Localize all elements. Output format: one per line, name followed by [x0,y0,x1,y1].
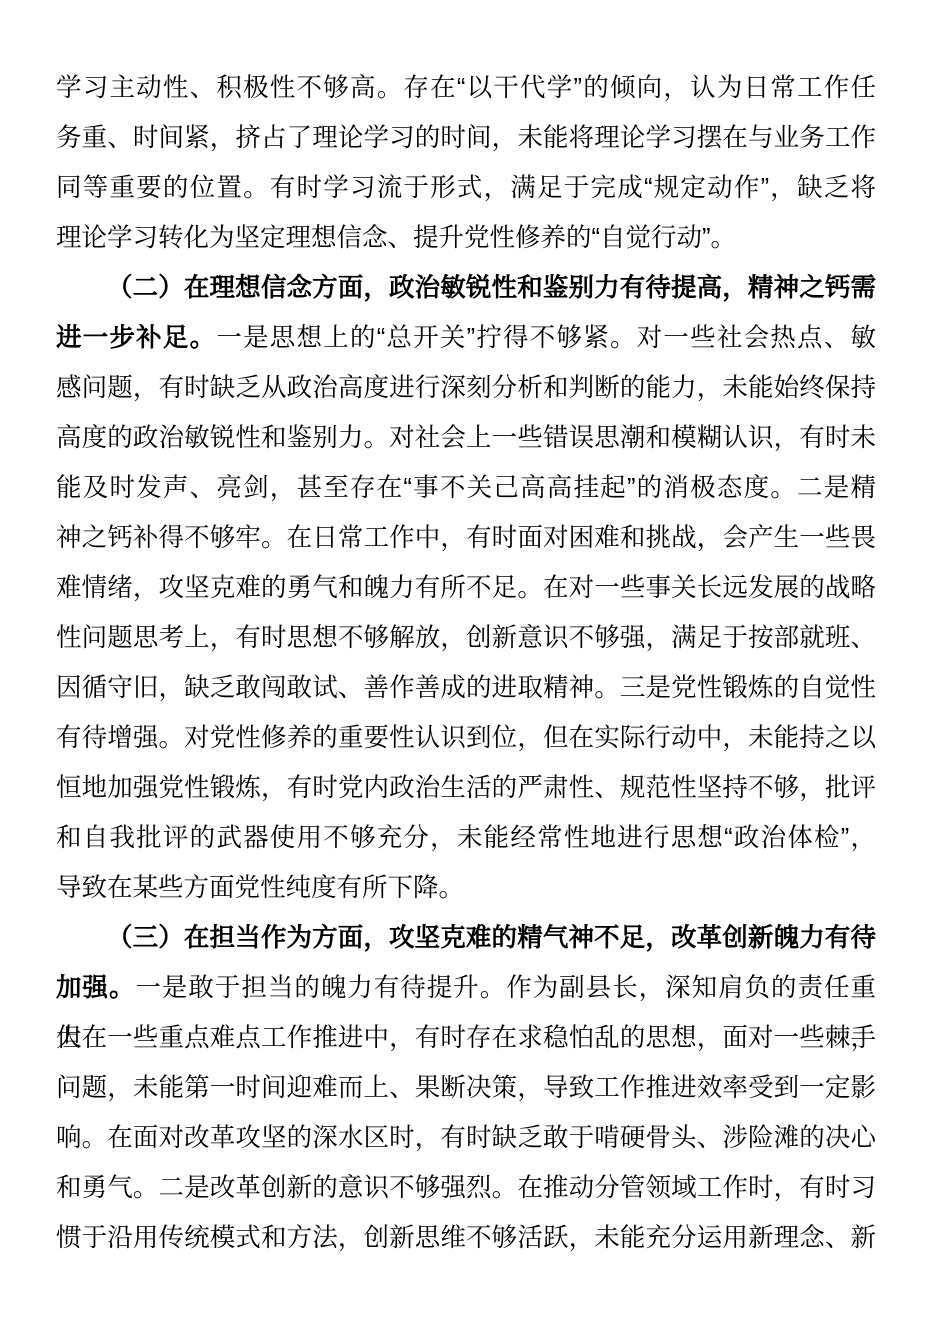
text-run: 难情绪，攻坚克难的勇气和魄力有所不足。在对一些事关长远发展的战略 [56,574,876,602]
text-line: 响。在面对改革攻坚的深水区时，有时缺乏敢于啃硬骨头、涉险滩的决心 [56,1113,876,1163]
text-line: 有待增强。对党性修养的重要性认识到位，但在实际行动中，未能持之以 [56,713,876,763]
text-line: 进一步补足。一是思想上的“总开关”拧得不够紧。对一些社会热点、敏 [56,313,876,363]
text-line: 能及时发声、亮剑，甚至存在“事不关己高高挂起”的消极态度。二是精 [56,463,876,513]
document-page: 学习主动性、积极性不够高。存在“以干代学”的倾向，认为日常工作任务重、时间紧，挤… [0,0,950,1344]
text-run: 能及时发声、亮剑，甚至存在“事不关己高高挂起”的消极态度。二是精 [56,474,876,502]
text-run: 务重、时间紧，挤占了理论学习的时间，未能将理论学习摆在与业务工作 [56,124,876,152]
text-run: 因循守旧，缺乏敢闯敢试、善作善成的进取精神。三是党性锻炼的自觉性 [56,674,876,702]
text-run: 同等重要的位置。有时学习流于形式，满足于完成“规定动作”，缺乏将 [56,174,876,202]
text-run: 理论学习转化为坚定理想信念、提升党性修养的“自觉行动”。 [56,224,736,252]
text-line: 理论学习转化为坚定理想信念、提升党性修养的“自觉行动”。 [56,213,876,263]
text-line: 加强。一是敢于担当的魄力有待提升。作为副县长，深知肩负的责任重大， [56,963,876,1013]
bold-text-run: （二）在理想信念方面，政治敏锐性和鉴别力有待提高，精神之钙需 [107,274,876,302]
text-line: 惯于沿用传统模式和方法，创新思维不够活跃，未能充分运用新理念、新 [56,1213,876,1263]
text-run: 学习主动性、积极性不够高。存在“以干代学”的倾向，认为日常工作任 [56,74,876,102]
bold-text-run: （三）在担当作为方面，攻坚克难的精气神不足，改革创新魄力有待 [107,924,876,952]
text-run: 导致在某些方面党性纯度有所下降。 [56,874,464,902]
text-line: 学习主动性、积极性不够高。存在“以干代学”的倾向，认为日常工作任 [56,63,876,113]
text-run: 但在一些重点难点工作推进中，有时存在求稳怕乱的思想，面对一些棘手 [56,1024,876,1052]
paragraph-section-3: （三）在担当作为方面，攻坚克难的精气神不足，改革创新魄力有待加强。一是敢于担当的… [56,913,876,1263]
text-line: （三）在担当作为方面，攻坚克难的精气神不足，改革创新魄力有待 [56,913,876,963]
text-line: （二）在理想信念方面，政治敏锐性和鉴别力有待提高，精神之钙需 [56,263,876,313]
text-line: 但在一些重点难点工作推进中，有时存在求稳怕乱的思想，面对一些棘手 [56,1013,876,1063]
text-run: 性问题思考上，有时思想不够解放，创新意识不够强，满足于按部就班、 [56,624,876,652]
text-line: 导致在某些方面党性纯度有所下降。 [56,863,876,913]
text-line: 同等重要的位置。有时学习流于形式，满足于完成“规定动作”，缺乏将 [56,163,876,213]
text-run: 高度的政治敏锐性和鉴别力。对社会上一些错误思潮和模糊认识，有时未 [56,424,876,452]
text-run: 感问题，有时缺乏从政治高度进行深刻分析和判断的能力，未能始终保持 [56,374,876,402]
text-run: 一是思想上的“总开关”拧得不够紧。对一些社会热点、敏 [216,324,876,352]
paragraph-section-2: （二）在理想信念方面，政治敏锐性和鉴别力有待提高，精神之钙需进一步补足。一是思想… [56,263,876,913]
text-line: 难情绪，攻坚克难的勇气和魄力有所不足。在对一些事关长远发展的战略 [56,563,876,613]
text-run: 有待增强。对党性修养的重要性认识到位，但在实际行动中，未能持之以 [56,724,876,752]
text-line: 务重、时间紧，挤占了理论学习的时间，未能将理论学习摆在与业务工作 [56,113,876,163]
text-run: 恒地加强党性锻炼，有时党内政治生活的严肃性、规范性坚持不够，批评 [56,774,876,802]
text-line: 问题，未能第一时间迎难而上、果断决策，导致工作推进效率受到一定影 [56,1063,876,1113]
text-run: 问题，未能第一时间迎难而上、果断决策，导致工作推进效率受到一定影 [56,1074,876,1102]
document-body: 学习主动性、积极性不够高。存在“以干代学”的倾向，认为日常工作任务重、时间紧，挤… [56,63,876,1263]
paragraph-continued-from-previous-page: 学习主动性、积极性不够高。存在“以干代学”的倾向，认为日常工作任务重、时间紧，挤… [56,63,876,263]
text-run: 和自我批评的武器使用不够充分，未能经常性地进行思想“政治体检”， [56,824,876,852]
text-line: 性问题思考上，有时思想不够解放，创新意识不够强，满足于按部就班、 [56,613,876,663]
text-run: 神之钙补得不够牢。在日常工作中，有时面对困难和挑战，会产生一些畏 [56,524,876,552]
text-run: 惯于沿用传统模式和方法，创新思维不够活跃，未能充分运用新理念、新 [56,1224,876,1252]
text-run: 和勇气。二是改革创新的意识不够强烈。在推动分管领域工作时，有时习 [56,1174,876,1202]
bold-text-run: 加强。 [56,974,135,1002]
bold-text-run: 进一步补足。 [56,324,216,352]
text-line: 和自我批评的武器使用不够充分，未能经常性地进行思想“政治体检”， [56,813,876,863]
text-run: 响。在面对改革攻坚的深水区时，有时缺乏敢于啃硬骨头、涉险滩的决心 [56,1124,876,1152]
text-line: 因循守旧，缺乏敢闯敢试、善作善成的进取精神。三是党性锻炼的自觉性 [56,663,876,713]
text-line: 神之钙补得不够牢。在日常工作中，有时面对困难和挑战，会产生一些畏 [56,513,876,563]
text-line: 恒地加强党性锻炼，有时党内政治生活的严肃性、规范性坚持不够，批评 [56,763,876,813]
text-line: 感问题，有时缺乏从政治高度进行深刻分析和判断的能力，未能始终保持 [56,363,876,413]
text-line: 高度的政治敏锐性和鉴别力。对社会上一些错误思潮和模糊认识，有时未 [56,413,876,463]
text-line: 和勇气。二是改革创新的意识不够强烈。在推动分管领域工作时，有时习 [56,1163,876,1213]
